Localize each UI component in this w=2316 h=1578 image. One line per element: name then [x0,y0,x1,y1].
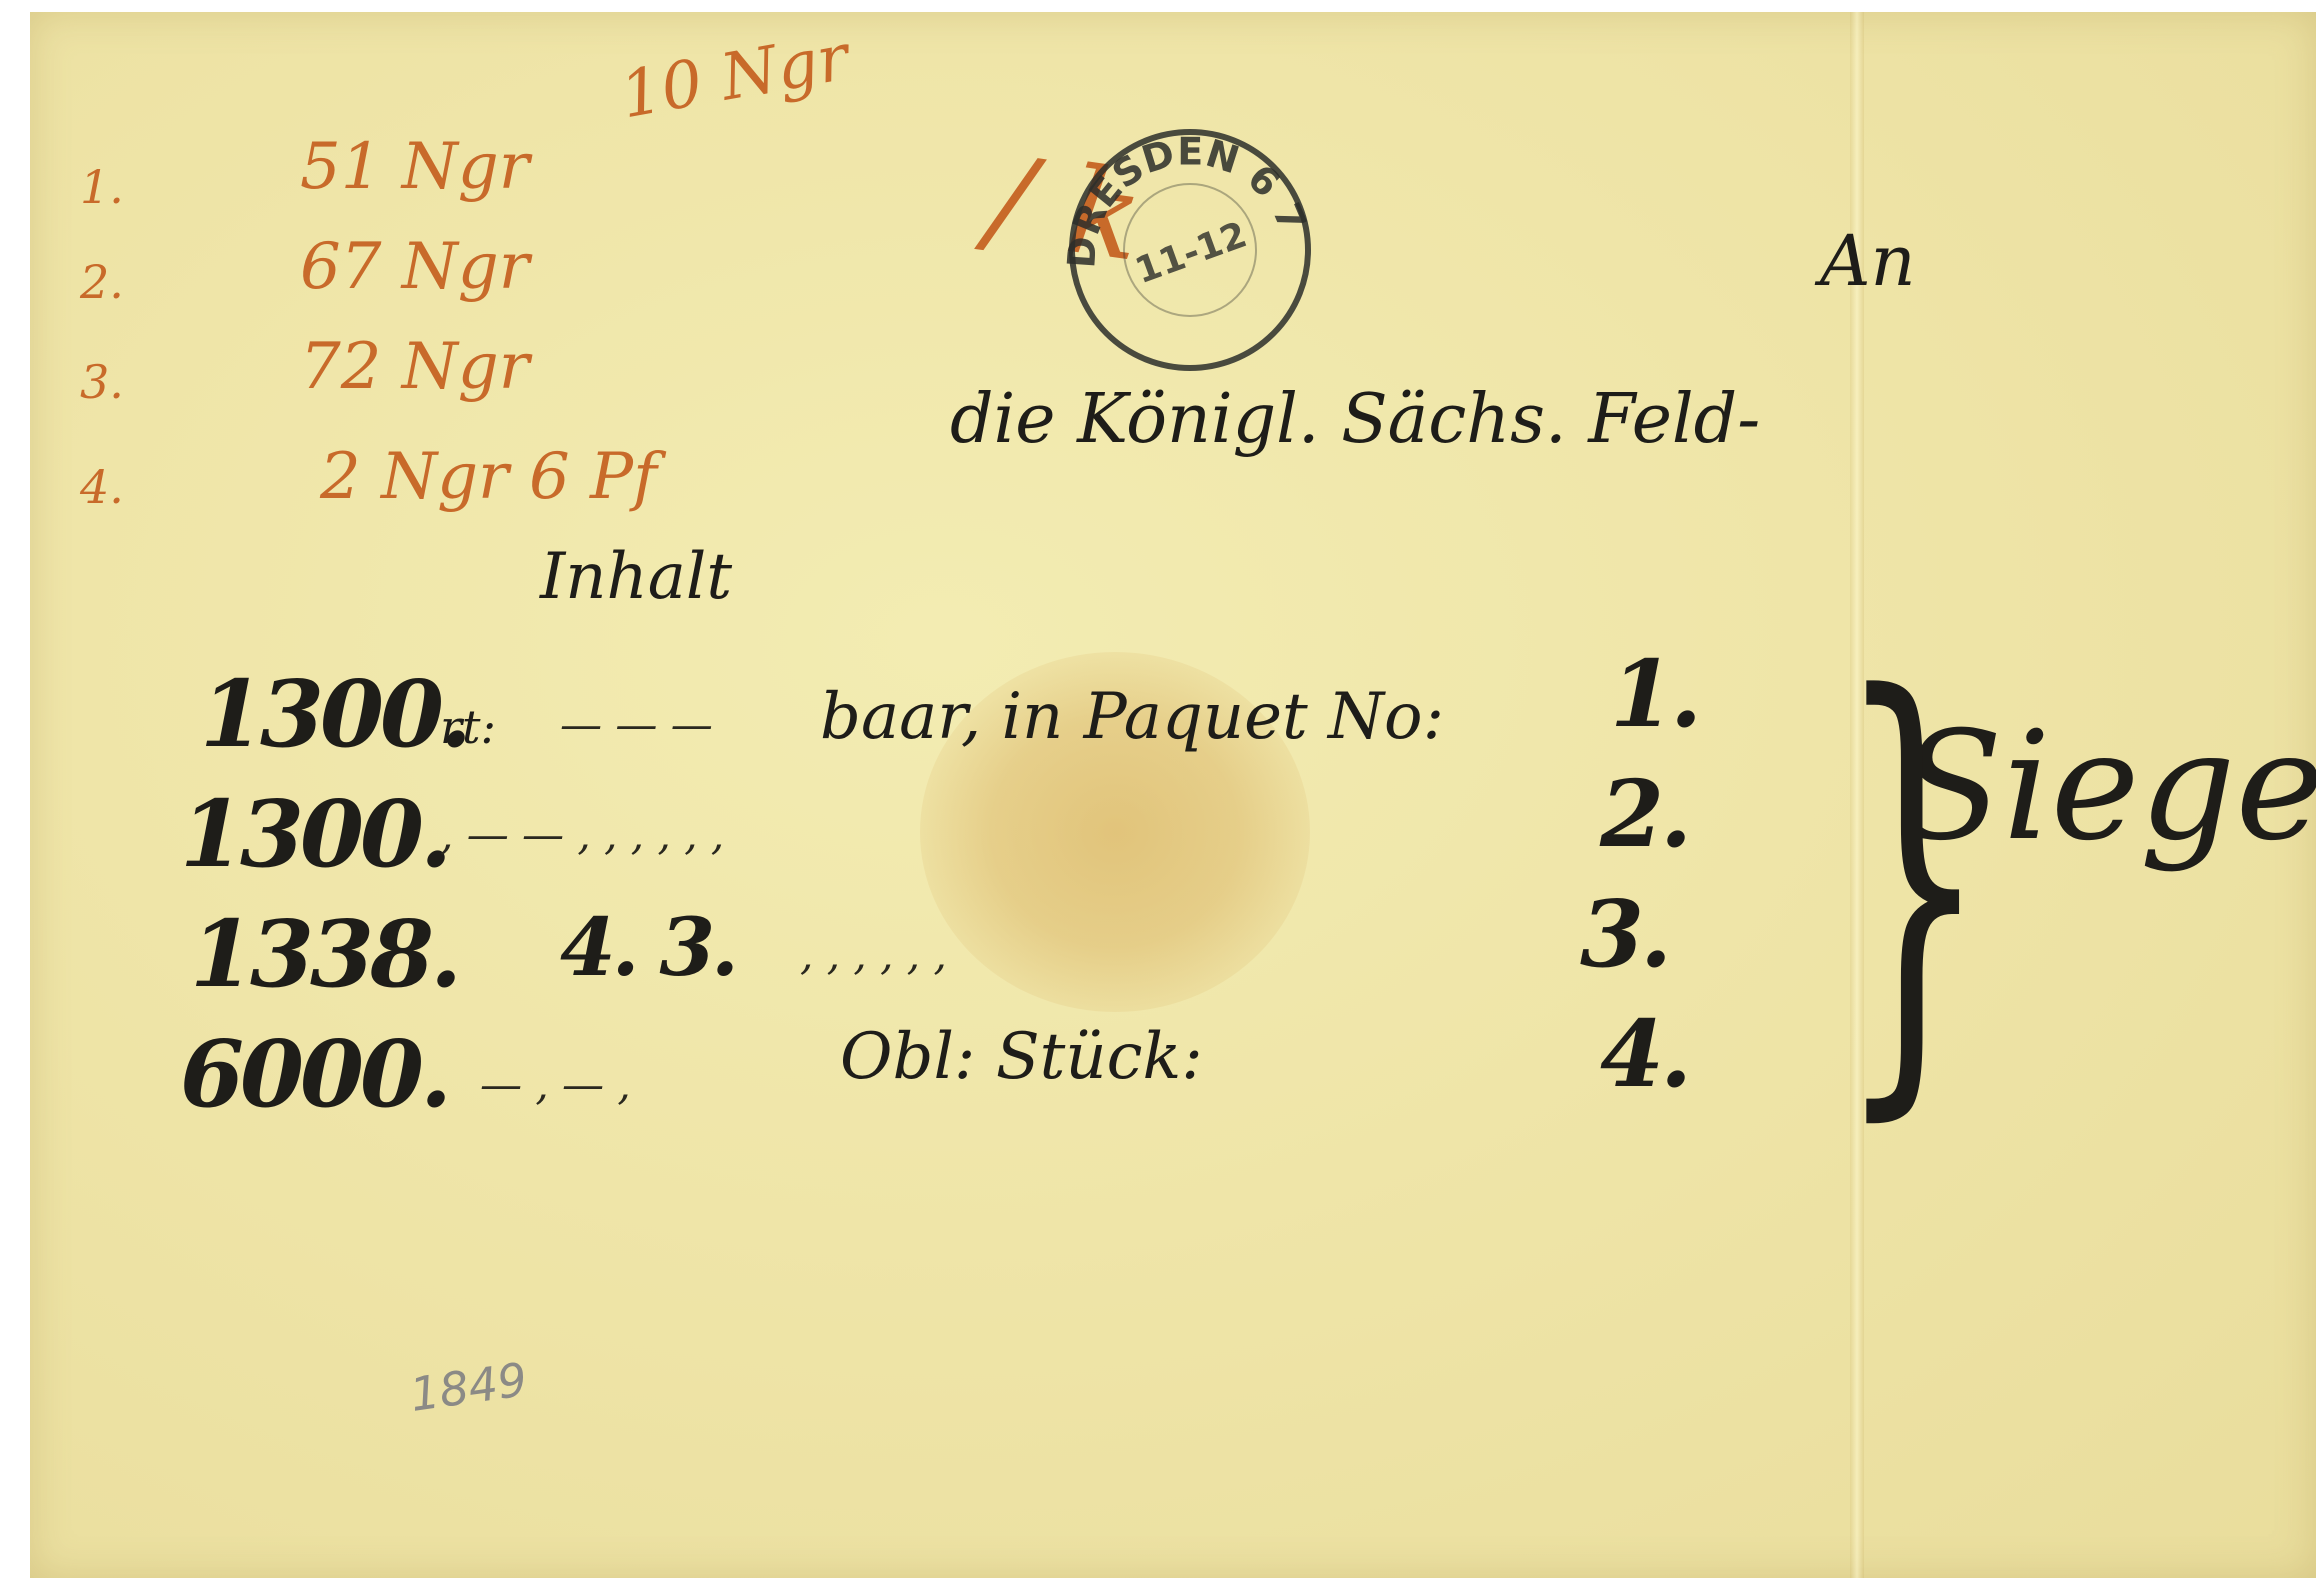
declaration-no-4: 4. [1600,1000,1688,1108]
curly-brace: } [1836,640,1989,1120]
red-fee-3: 72 Ngr [300,330,529,404]
address-line-1: An [1820,220,1916,302]
declaration-dash-4: — , — , [480,1060,631,1109]
red-index-3: 3. [80,355,124,409]
declaration-unit-3: 4. 3. [560,900,735,994]
red-fee-2: 67 Ngr [300,230,529,304]
declaration-unit-1: rt: [440,700,496,754]
red-index-2: 2. [80,255,124,309]
address-line-2: die Königl. Sächs. Feld- [950,380,1760,459]
declaration-no-2: 2. [1600,760,1688,868]
dresden-postmark-icon: DRESDEN 6 7 11-12 [1060,120,1320,380]
contents-label: Inhalt [540,540,732,614]
svg-text:11-12: 11-12 [1130,214,1252,292]
red-index-1: 1. [80,160,124,214]
declaration-desc-1: baar, in Paquet No: [820,680,1444,754]
declaration-dash-3: , , , , , , [800,930,947,979]
declaration-amount-2: 1300. [180,780,448,888]
declaration-amount-3: 1338. [190,900,458,1008]
red-fee-1: 51 Ngr [300,130,529,204]
declaration-amount-1: 1300. [200,660,468,768]
red-index-4: 4. [80,460,124,514]
declaration-dash-2: , — — , , , , , , [440,810,724,859]
declaration-no-1: 1. [1610,640,1698,748]
declaration-desc-4: Obl: Stück: [840,1020,1203,1094]
red-fee-4: 2 Ngr 6 Pf [320,440,657,514]
declaration-no-3: 3. [1580,880,1668,988]
declaration-amount-4: 6000. [180,1020,448,1128]
declaration-dash-1: — — — [560,700,713,749]
